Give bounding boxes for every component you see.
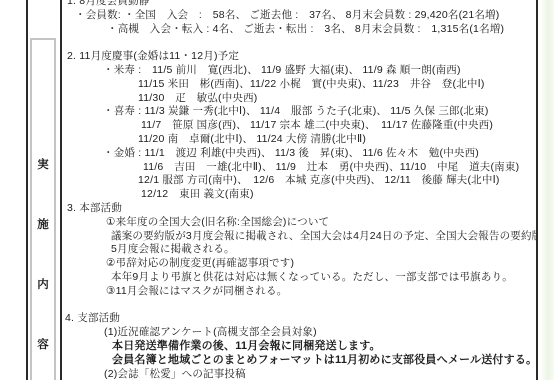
content-line: 11/6 吉田 一雄(北中Ⅱ)、 11/9 辻本 勇(中央西)、11/10 中尾… (65, 161, 536, 175)
content-line: 5月度会報に掲載される。 (65, 243, 536, 257)
document-page: 実施内容 1. 8月度会員動静・会員数: ・全国 入会 : 58名、 ご逝去他 … (0, 0, 554, 380)
page-right-margin (540, 0, 554, 380)
row-header-vertical-label: 実施内容 (30, 38, 56, 380)
content-lines: 1. 8月度会員動静・会員数: ・全国 入会 : 58名、 ご逝去他 : 37名… (62, 0, 536, 380)
content-line: 1. 8月度会員動静 (65, 0, 536, 9)
content-line: ・喜寿 : 11/3 炭鎌 一秀(北中Ⅰ)、 11/4 服部 うた子(北東)、 … (65, 105, 536, 119)
content-line: ②弔辞対応の制度変更(再確認事項です) (65, 257, 536, 271)
content-line: 2. 11月度慶事(金婚は11・12月)予定 (65, 50, 536, 64)
content-line: 議案の要約版が3月度会報に掲載され、全国大会は4月24日の予定、全国大会報告の要… (65, 230, 536, 244)
table-outer-left-border (26, 0, 28, 380)
content-line: 本年9月より弔旗と供花は対応は無くなっている。ただし、一部支部では弔旗あり。 (65, 271, 536, 285)
content-line: ③11月会報にはマスクが同梱される。 (65, 285, 536, 299)
content-line: ・会員数: ・全国 入会 : 58名、 ご逝去他 : 37名、 8月末会員数 :… (65, 9, 536, 23)
row-header-label-char: 施 (37, 220, 49, 232)
content-line: ・高槻 入会・転入 : 4名、 ご逝去・転出 : 3名、 8月末会員数 : 1,… (65, 23, 536, 37)
implementation-details-cell: 1. 8月度会員動静・会員数: ・全国 入会 : 58名、 ご逝去他 : 37名… (60, 0, 538, 380)
row-header-label-char: 実 (37, 160, 49, 172)
content-line (65, 36, 536, 50)
content-line: 11/15 米田 彬(西南)、11/22 小梶 實(中央東)、11/23 井谷 … (65, 78, 536, 92)
content-line: 12/12 東田 義文(南東) (65, 188, 536, 202)
content-line: 11/7 笹原 国彦(西)、 11/17 宗本 雄二(中央東)、 11/17 佐… (65, 119, 536, 133)
content-line: 会員名簿と地域ごとのまとめフォーマットは11月初めに支部役員へメール送付する。 (65, 354, 536, 368)
content-line (65, 299, 536, 313)
content-line: 本日発送準備作業の後、11月会報に同梱発送します。 (65, 340, 536, 354)
content-line: (1)近況確認アンケート(高槻支部全会員対象) (65, 326, 536, 340)
content-line: 3. 本部活動 (65, 202, 536, 216)
row-header-label-char: 容 (37, 340, 49, 352)
content-line: (2)会誌「松愛」への記事投稿 (65, 368, 536, 380)
content-line: 11/30 疋 敏弘(中央西) (65, 92, 536, 106)
content-line: 12/1 服部 方司(南中)、 12/6 本城 克彦(中央西)、 12/11 後… (65, 174, 536, 188)
content-line: ・米寿 : 11/5 前川 寛(西北)、 11/9 盛野 大福(東)、 11/9… (65, 64, 536, 78)
content-line: ①来年度の全国大会(旧名称:全国総会)について (65, 216, 536, 230)
content-line: 4. 支部活動 (65, 312, 536, 326)
content-line: ・金婚 : 11/1 渡辺 利雄(中央西)、 11/3 後 昇(東)、 11/6… (65, 147, 536, 161)
content-line: 11/20 南 卓爾(北中Ⅰ)、 11/24 大傍 清勝(北中Ⅱ) (65, 133, 536, 147)
row-header-label-char: 内 (37, 280, 49, 292)
